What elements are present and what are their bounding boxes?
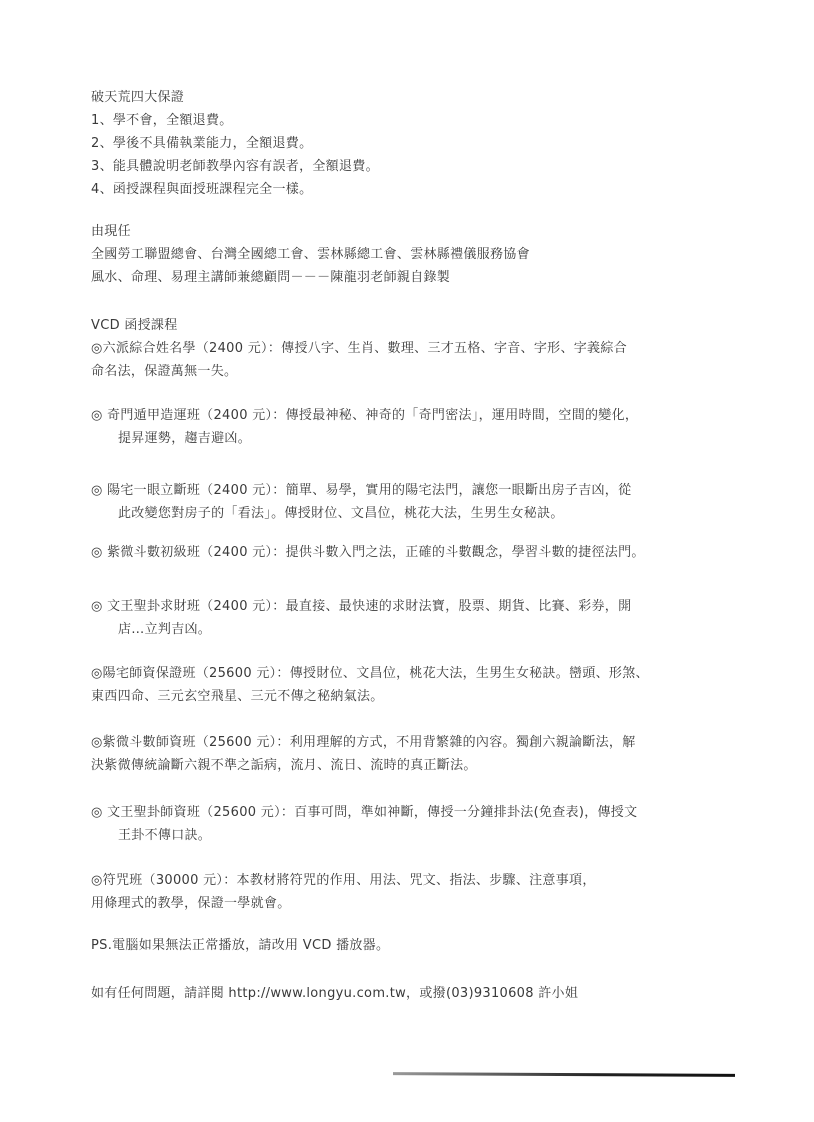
course-line: ◎符咒班（30000 元）：本教材將符咒的作用、用法、咒文、指法、步驟、注意事項… — [91, 873, 596, 889]
course-line: ◎ 文王聖卦師資班（25600 元）：百事可問，準如神斷，傳授一分鐘排卦法(免查… — [91, 805, 637, 821]
course-line: 店…立判吉凶。 — [118, 622, 211, 638]
contact-note: 如有任何問題，請詳閱 http://www.longyu.com.tw，或撥(0… — [91, 986, 578, 1002]
course-line: 東西四命、三元玄空飛星、三元不傳之秘納氣法。 — [91, 689, 384, 705]
course-line: 王卦不傳口訣。 — [118, 828, 211, 844]
course-line: 此改變您對房子的「看法」。傳授財位、文昌位，桃花大法，生男生女秘訣。 — [118, 506, 564, 522]
course-line: ◎六派綜合姓名學（2400 元）：傳授八字、生肖、數理、三才五格、字音、字形、字… — [91, 341, 627, 357]
course-line: ◎ 奇門遁甲造運班（2400 元）：傳授最神秘、神奇的「奇門密法」，運用時間，空… — [91, 408, 638, 424]
course-line: ◎ 紫微斗數初級班（2400 元）：提供斗數入門之法，正確的斗數觀念，學習斗數的… — [91, 545, 645, 561]
course-line: ◎紫微斗數師資班（25600 元）：利用理解的方式，不用背繁雜的內容。獨創六親論… — [91, 735, 636, 751]
course-line: 命名法，保證萬無一失。 — [91, 364, 237, 380]
course-line: 決紫微傳統論斷六親不準之詬病，流月、流日、流時的真正斷法。 — [91, 758, 477, 774]
instructor-heading: 由現任 — [91, 224, 131, 240]
signature-rule — [393, 1072, 735, 1077]
guarantee-item: 2、學後不具備執業能力，全額退費。 — [91, 136, 312, 152]
guarantee-item: 1、學不會，全額退費。 — [91, 113, 233, 129]
ps-note: PS.電腦如果無法正常播放，請改用 VCD 播放器。 — [91, 938, 389, 954]
instructor-title: 風水、命理、易理主講師兼總顧問－－－陳龍羽老師親自錄製 — [91, 270, 450, 286]
course-line: ◎ 陽宅一眼立斷班（2400 元）：簡單、易學，實用的陽宅法門，讓您一眼斷出房子… — [91, 483, 631, 499]
course-line: ◎陽宅師資保證班（25600 元）：傳授財位、文昌位，桃花大法，生男生女秘訣。巒… — [91, 666, 649, 682]
course-line: ◎ 文王聖卦求財班（2400 元）：最直接、最快速的求財法寶，股票、期貨、比賽、… — [91, 599, 631, 615]
courses-heading: VCD 函授課程 — [91, 318, 178, 334]
course-line: 用條理式的教學，保證一學就會。 — [91, 896, 291, 912]
instructor-affiliations: 全國勞工聯盟總會、台灣全國總工會、雲林縣總工會、雲林縣禮儀服務協會 — [91, 247, 530, 263]
guarantee-item: 4、函授課程與面授班課程完全一樣。 — [91, 182, 312, 198]
guarantees-title: 破天荒四大保證 — [91, 90, 184, 106]
guarantee-item: 3、能具體說明老師教學內容有誤者，全額退費。 — [91, 159, 379, 175]
course-line: 提昇運勢，趨吉避凶。 — [118, 431, 251, 447]
